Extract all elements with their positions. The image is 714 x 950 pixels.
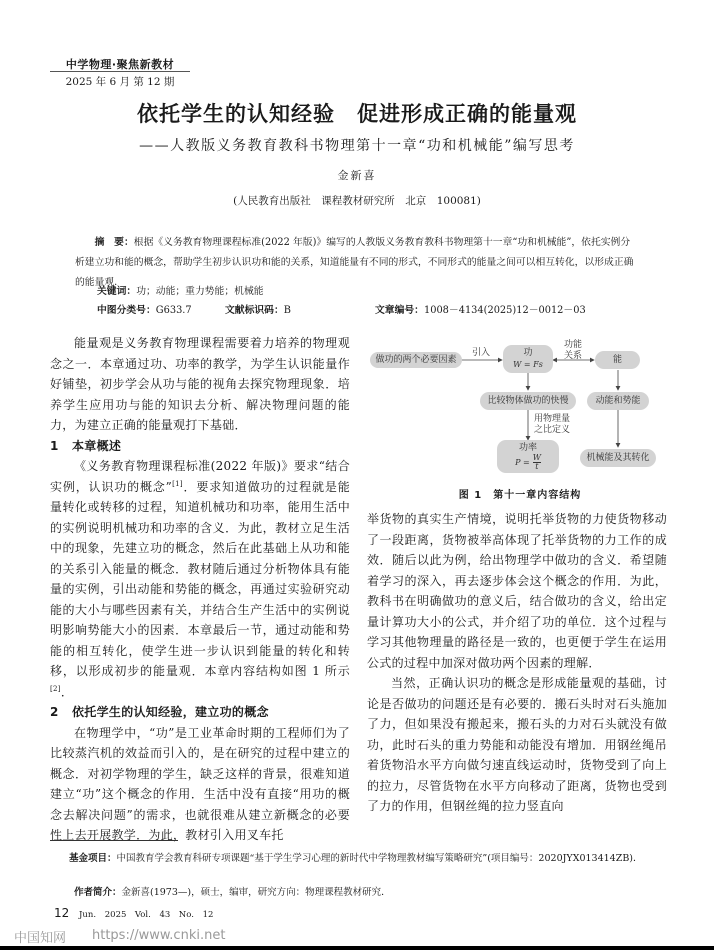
citation-1[interactable]: [1] [172, 480, 183, 488]
right-paragraph-1: 举货物的真实生产情境，说明托举货物的力使货物移动了一段距离，货物被举高体现了托举… [367, 509, 667, 673]
edge-label-introduce: 引入 [472, 348, 490, 359]
node-work: 功 W = Fs [503, 345, 553, 373]
figure-1-diagram: 做功的两个必要因素 功 W = Fs 能 比较物体做功的快慢 动能和势能 功率 … [360, 330, 680, 485]
fund-text: 中国教育学会教育科研专项课题“基于学生学习心理的新时代中学物理教材编写策略研究”… [117, 853, 643, 864]
article-value: 1008－4134(2025)12－0012－03 [424, 305, 586, 316]
intro-paragraph: 能量观是义务教育物理课程需要着力培养的物理观念之一．本章通过功、功率的教学，为学… [50, 333, 350, 436]
edge-label-relation-1: 功能 [564, 340, 582, 351]
doc-value: B [284, 305, 291, 316]
node-kinetic-potential: 动能和势能 [587, 392, 649, 410]
footnote-divider [50, 840, 178, 841]
bio-label: 作者简介： [74, 887, 122, 898]
keywords-text: 功；动能；重力势能；机械能 [136, 286, 263, 297]
node-energy: 能 [595, 351, 640, 369]
watermark-url[interactable]: https://www.cnki.net [92, 928, 225, 943]
page-number: 12 [54, 906, 69, 920]
edge-label-relation-2: 关系 [564, 351, 582, 362]
citation-2[interactable]: [2] [50, 685, 61, 693]
abstract-label: 摘 要： [95, 237, 134, 248]
fund-note: 基金项目：中国教育学会教育科研专项课题“基于学生学习心理的新时代中学物理教材编写… [50, 850, 670, 868]
section-2-heading: 2依托学生的认知经验，建立功的概念 [50, 702, 350, 723]
keywords-label: 关键词： [97, 286, 136, 297]
issue-info: 2025 年 6 月 第 12 期 [50, 74, 190, 89]
document-code: 文献标识码：B [225, 302, 291, 316]
article-title: 依托学生的认知经验 促进形成正确的能量观 [0, 98, 714, 128]
right-column: 举货物的真实生产情境，说明托举货物的力使货物移动了一段距离，货物被举高体现了托举… [367, 509, 667, 817]
figure-1-caption: 图 1 第十一章内容结构 [360, 486, 680, 501]
edge-label-ratio-1: 用物理量 [534, 414, 570, 425]
section-2-paragraph: 在物理学中，“功”是工业革命时期的工程师们为了比较蒸汽机的效益而引入的，是在研究… [50, 723, 350, 846]
journal-name: 中学物理·聚焦新教材 [50, 56, 190, 72]
article-number: 文章编号：1008－4134(2025)12－0012－03 [375, 302, 586, 316]
fund-label: 基金项目： [69, 853, 117, 864]
page-info: Jun. 2025 Vol. 43 No. 12 [79, 908, 213, 920]
node-mechanical-energy: 机械能及其转化 [580, 449, 656, 467]
header-divider [50, 71, 190, 72]
clc-label: 中图分类号： [97, 305, 156, 316]
clc-number: 中图分类号：G633.7 [97, 302, 192, 316]
abstract-text: 根据《义务教育物理课程标准(2022 年版)》编写的人教版义务教育教科书物理第十… [75, 237, 633, 288]
bottom-bar [0, 946, 714, 950]
section-1-heading: 1本章概述 [50, 436, 350, 457]
left-column: 能量观是义务教育物理课程需要着力培养的物理观念之一．本章通过功、功率的教学，为学… [50, 333, 350, 846]
author-affiliation: (人民教育出版社 课程教材研究所 北京 100081) [0, 193, 714, 208]
node-power: 功率 P = W t [497, 440, 559, 473]
node-work-factors: 做功的两个必要因素 [370, 352, 462, 368]
author-name: 金新喜 [0, 167, 714, 183]
right-paragraph-2: 当然，正确认识功的概念是形成能量观的基础，讨论是否做功的问题还是有必要的．搬石头… [367, 673, 667, 817]
author-bio: 作者简介：金新喜(1973—)，硕士，编审，研究方向：物理课程教材研究． [74, 884, 391, 902]
article-label: 文章编号： [375, 305, 424, 316]
bio-text: 金新喜(1973—)，硕士，编审，研究方向：物理课程教材研究． [122, 887, 391, 898]
doc-label: 文献标识码： [225, 305, 284, 316]
edge-label-ratio-2: 之比定义 [534, 425, 570, 436]
section-1-paragraph: 《义务教育物理课程标准(2022 年版)》要求“结合实例，认识功的概念”[1]．… [50, 456, 350, 702]
clc-value: G633.7 [156, 305, 192, 316]
watermark-name: 中国知网 [14, 927, 66, 946]
node-compare-speed: 比较物体做功的快慢 [480, 392, 576, 410]
article-subtitle: ——人教版义务教育教科书物理第十一章“功和机械能”编写思考 [0, 135, 714, 155]
keywords: 关键词：功；动能；重力势能；机械能 [97, 283, 264, 297]
